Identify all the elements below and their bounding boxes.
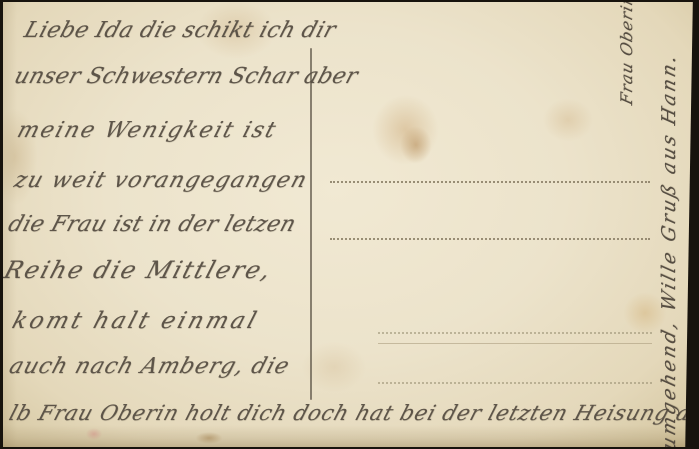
- side-note-outer: umgehend, Wille Gruß aus Hann.: [658, 7, 680, 447]
- address-line: [378, 332, 652, 334]
- address-line: [330, 181, 650, 183]
- address-line: [378, 382, 652, 384]
- message-line: auch nach Amberg, die: [6, 354, 293, 379]
- message-line: Liebe Ida die schikt ich dir: [21, 18, 339, 43]
- message-bottom-line: lb Frau Oberin holt dich doch hat bei de…: [6, 401, 697, 425]
- divider-line: [310, 48, 312, 400]
- address-line: [330, 238, 650, 240]
- stain: [83, 426, 105, 442]
- message-line: die Frau ist in der letzen: [5, 212, 299, 237]
- postcard-scan: Liebe Ida die schikt ich dir unser Schwe…: [0, 0, 699, 449]
- stain: [533, 90, 603, 150]
- message-line: meine Wenigkeit ist: [14, 118, 280, 143]
- side-note-inner: Frau Oberin: [617, 2, 636, 107]
- stain: [289, 332, 379, 402]
- message-line: zu weit vorangegangen: [11, 168, 311, 193]
- message-line: Reihe die Mittlere,: [3, 256, 276, 284]
- message-line: unser Schwestern Schar aber: [11, 64, 361, 89]
- message-line: komt halt einmal: [9, 308, 262, 334]
- stain: [191, 430, 227, 446]
- address-line-rule: [378, 343, 652, 344]
- postcard-back: Liebe Ida die schikt ich dir unser Schwe…: [3, 2, 697, 447]
- stain: [395, 120, 437, 170]
- stain: [3, 92, 45, 222]
- stain: [358, 80, 453, 180]
